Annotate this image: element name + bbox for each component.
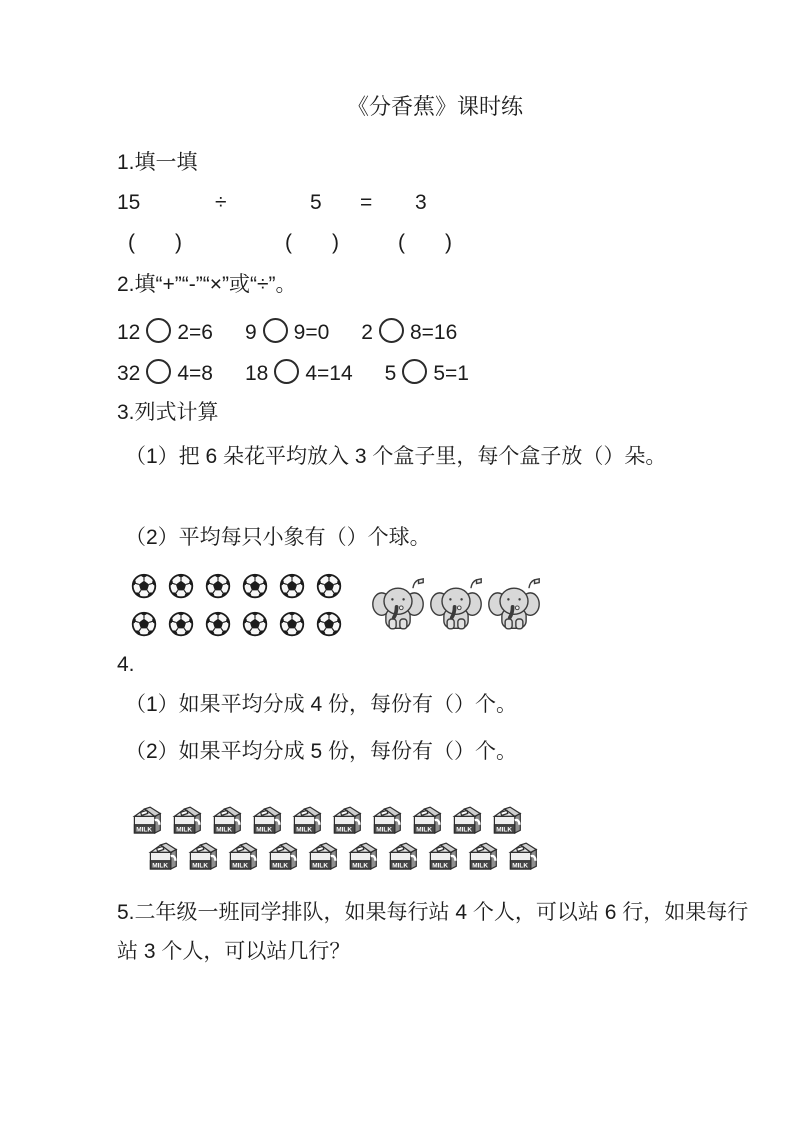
- milk-carton-icon: [423, 841, 460, 873]
- milk-carton-icon: [487, 805, 524, 837]
- milk-carton-icon: [143, 841, 180, 873]
- milk-carton-icon: [127, 805, 164, 837]
- operand-result: 2=6: [177, 321, 213, 344]
- question-3-label: 3.列式计算: [117, 400, 753, 426]
- milk-carton-icon: [183, 841, 220, 873]
- operand: 12: [117, 321, 140, 344]
- question-3-item-2: （2）平均每只小象有（）个球。: [117, 525, 753, 551]
- milk-carton-icon: [287, 805, 324, 837]
- soccer-ball-icon: [205, 611, 231, 637]
- worksheet-page: 《分香蕉》课时练 1.填一填 15÷5=3 ()()() 2.填“+”“-”“×…: [0, 0, 793, 965]
- operand-result: 4=8: [177, 362, 213, 385]
- milk-carton-row: [127, 805, 753, 837]
- question-3-figure: [117, 567, 753, 643]
- fill-operator-item: 28=16: [361, 318, 457, 345]
- operand: 2: [361, 321, 373, 344]
- soccer-ball-icon: [316, 611, 342, 637]
- equation-divisor: 5: [310, 190, 360, 216]
- paren-close: ): [332, 230, 339, 256]
- elephant-group: [370, 576, 542, 634]
- milk-carton-icon: [383, 841, 420, 873]
- soccer-ball-icon: [279, 611, 305, 637]
- soccer-ball-icon: [168, 611, 194, 637]
- operand-result: 9=0: [294, 321, 330, 344]
- operator-blank-circle: [402, 359, 427, 384]
- division-sign: ÷: [215, 190, 310, 216]
- milk-carton-icon: [223, 841, 260, 873]
- paren-open: (: [398, 230, 405, 256]
- operand-result: 8=16: [410, 321, 457, 344]
- soccer-ball-row: [131, 573, 342, 599]
- question-4-item-2: （2）如果平均分成 5 份，每份有（）个。: [117, 739, 753, 765]
- page-title: 《分香蕉》课时练: [117, 94, 753, 120]
- operand: 9: [245, 321, 257, 344]
- soccer-ball-icon: [242, 611, 268, 637]
- operand: 32: [117, 362, 140, 385]
- question-5-line-2: 站 3 个人，可以站几行？: [117, 939, 753, 965]
- fill-operator-item: 122=6: [117, 318, 213, 345]
- question-1-answer-blanks: ()()(): [117, 230, 753, 256]
- question-1-label: 1.填一填: [117, 150, 753, 176]
- milk-carton-row: [143, 841, 753, 873]
- operand: 18: [245, 362, 268, 385]
- paren-close: ): [175, 230, 182, 256]
- soccer-ball-grid: [131, 573, 342, 637]
- milk-carton-icon: [503, 841, 540, 873]
- question-4-figure: [117, 805, 753, 883]
- milk-carton-icon: [447, 805, 484, 837]
- paren-open: (: [285, 230, 292, 256]
- soccer-ball-icon: [279, 573, 305, 599]
- operand-result: 5=1: [433, 362, 469, 385]
- soccer-ball-icon: [242, 573, 268, 599]
- answer-blank: (): [128, 230, 182, 256]
- soccer-ball-icon: [316, 573, 342, 599]
- equation-dividend: 15: [117, 190, 215, 216]
- question-4-item-1: （1）如果平均分成 4 份，每份有（）个。: [117, 692, 753, 718]
- milk-carton-icon: [303, 841, 340, 873]
- milk-carton-icon: [407, 805, 444, 837]
- fill-operator-item: 324=8: [117, 359, 213, 386]
- operator-blank-circle: [263, 318, 288, 343]
- question-4-label: 4.: [117, 652, 753, 678]
- soccer-ball-icon: [168, 573, 194, 599]
- operator-blank-circle: [274, 359, 299, 384]
- paren-close: ): [445, 230, 452, 256]
- question-5-line-1: 5.二年级一班同学排队，如果每行站 4 个人，可以站 6 行，如果每行: [117, 900, 753, 926]
- soccer-ball-icon: [131, 573, 157, 599]
- question-1-equation: 15÷5=3: [117, 190, 753, 216]
- operand: 5: [385, 362, 397, 385]
- answer-blank: (): [285, 230, 339, 256]
- elephant-icon: [428, 576, 484, 634]
- fill-operator-item: 184=14: [245, 359, 353, 386]
- question-2-row-2: 324=8 184=14 55=1: [117, 359, 753, 386]
- milk-carton-icon: [167, 805, 204, 837]
- milk-carton-icon: [327, 805, 364, 837]
- fill-operator-item: 99=0: [245, 318, 329, 345]
- soccer-ball-icon: [131, 611, 157, 637]
- milk-carton-icon: [247, 805, 284, 837]
- elephant-icon: [486, 576, 542, 634]
- question-2-row-1: 122=6 99=0 28=16: [117, 318, 753, 345]
- operator-blank-circle: [146, 359, 171, 384]
- equals-sign: =: [360, 190, 415, 216]
- answer-blank: (): [398, 230, 452, 256]
- milk-carton-icon: [463, 841, 500, 873]
- question-2-label: 2.填“+”“-”“×”或“÷”。: [117, 272, 753, 298]
- milk-carton-icon: [343, 841, 380, 873]
- paren-open: (: [128, 230, 135, 256]
- operator-blank-circle: [146, 318, 171, 343]
- milk-carton-icon: [263, 841, 300, 873]
- operator-blank-circle: [379, 318, 404, 343]
- soccer-ball-icon: [205, 573, 231, 599]
- operand-result: 4=14: [305, 362, 352, 385]
- question-3-item-1: （1）把 6 朵花平均放入 3 个盒子里，每个盒子放（）朵。: [117, 444, 753, 470]
- milk-carton-icon: [207, 805, 244, 837]
- equation-quotient: 3: [415, 190, 427, 216]
- soccer-ball-row: [131, 611, 342, 637]
- elephant-icon: [370, 576, 426, 634]
- milk-carton-icon: [367, 805, 404, 837]
- fill-operator-item: 55=1: [385, 359, 469, 386]
